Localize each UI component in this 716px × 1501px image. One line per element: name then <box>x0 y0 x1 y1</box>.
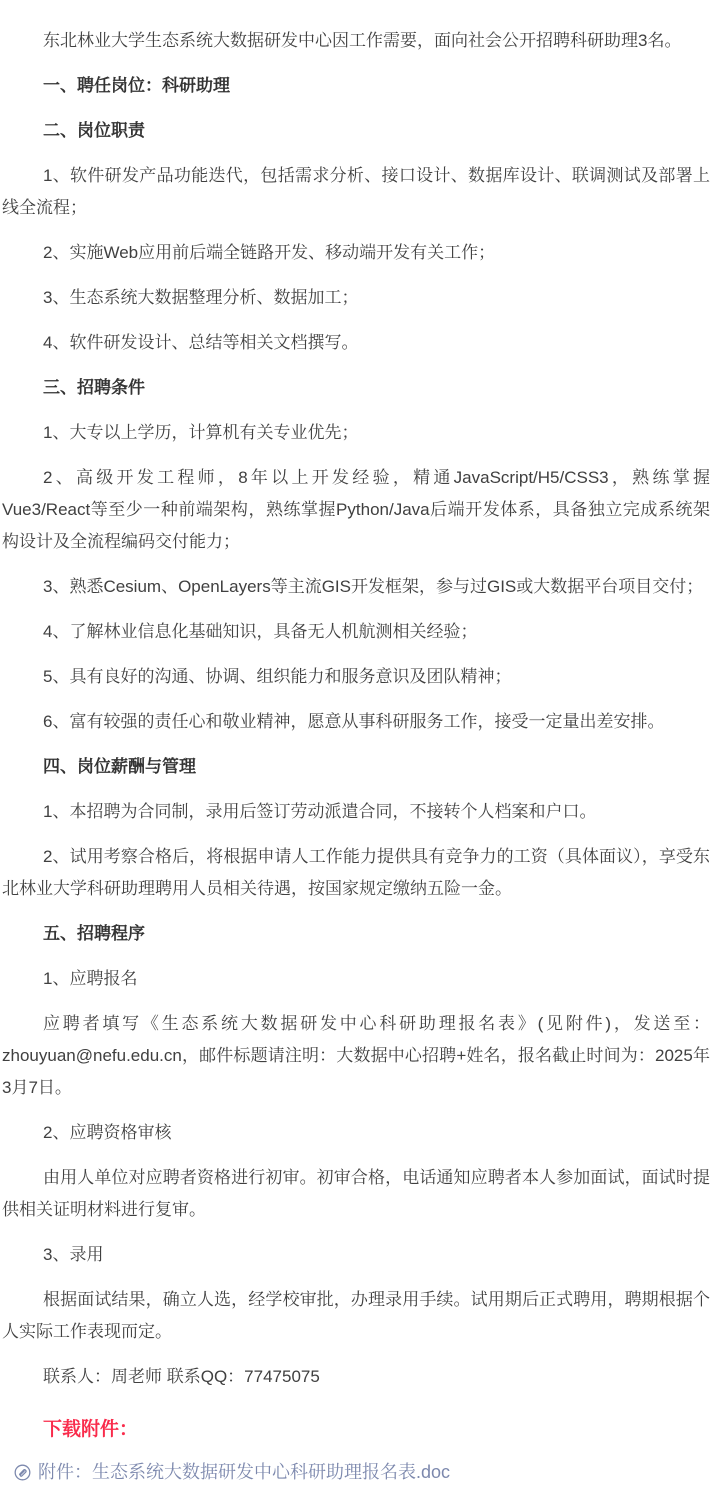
requirement-item-5: 5、具有良好的沟通、协调、组织能力和服务意识及团队精神； <box>2 661 710 693</box>
duty-item-2: 2、实施Web应用前后端全链路开发、移动端开发有关工作； <box>2 237 710 269</box>
recruitment-notice-document: 东北林业大学生态系统大数据研发中心因工作需要，面向社会公开招聘科研助理3名。 一… <box>0 0 716 1501</box>
attachment-link[interactable]: 附件：生态系统大数据研发中心科研助理报名表.doc <box>14 1459 710 1485</box>
salary-item-2: 2、试用考察合格后，将根据申请人工作能力提供具有竞争力的工资（具体面议），享受东… <box>2 841 710 905</box>
duty-item-1: 1、软件研发产品功能迭代，包括需求分析、接口设计、数据库设计、联调测试及部署上线… <box>2 160 710 224</box>
section-heading-duties: 二、岗位职责 <box>2 115 710 147</box>
duty-item-4: 4、软件研发设计、总结等相关文档撰写。 <box>2 327 710 359</box>
salary-item-1: 1、本招聘为合同制，录用后签订劳动派遣合同，不接转个人档案和户口。 <box>2 796 710 828</box>
procedure-step-3-title: 3、录用 <box>2 1239 710 1271</box>
procedure-step-3-detail: 根据面试结果，确立人选，经学校审批，办理录用手续。试用期后正式聘用，聘期根据个人… <box>2 1284 710 1348</box>
requirement-item-2: 2、高级开发工程师，8年以上开发经验，精通JavaScript/H5/CSS3，… <box>2 462 710 558</box>
contact-line: 联系人：周老师 联系QQ：77475075 <box>2 1361 710 1393</box>
requirement-item-4: 4、了解林业信息化基础知识，具备无人机航测相关经验； <box>2 616 710 648</box>
procedure-step-2-detail: 由用人单位对应聘者资格进行初审。初审合格，电话通知应聘者本人参加面试，面试时提供… <box>2 1162 710 1226</box>
procedure-step-1-title: 1、应聘报名 <box>2 963 710 995</box>
duty-item-3: 3、生态系统大数据整理分析、数据加工； <box>2 282 710 314</box>
intro-paragraph: 东北林业大学生态系统大数据研发中心因工作需要，面向社会公开招聘科研助理3名。 <box>2 25 710 57</box>
paperclip-icon <box>14 1464 31 1481</box>
section-heading-procedure: 五、招聘程序 <box>2 918 710 950</box>
section-heading-requirements: 三、招聘条件 <box>2 372 710 404</box>
requirement-item-3: 3、熟悉Cesium、OpenLayers等主流GIS开发框架，参与过GIS或大… <box>2 571 710 603</box>
procedure-step-1-detail: 应聘者填写《生态系统大数据研发中心科研助理报名表》(见附件)，发送至：zhouy… <box>2 1008 710 1104</box>
download-attachment-heading: 下载附件： <box>2 1415 710 1445</box>
attachment-label: 附件：生态系统大数据研发中心科研助理报名表.doc <box>38 1459 450 1485</box>
section-heading-salary: 四、岗位薪酬与管理 <box>2 751 710 783</box>
procedure-step-2-title: 2、应聘资格审核 <box>2 1117 710 1149</box>
requirement-item-6: 6、富有较强的责任心和敬业精神，愿意从事科研服务工作，接受一定量出差安排。 <box>2 706 710 738</box>
requirement-item-1: 1、大专以上学历，计算机有关专业优先； <box>2 417 710 449</box>
section-heading-position: 一、聘任岗位：科研助理 <box>2 70 710 102</box>
